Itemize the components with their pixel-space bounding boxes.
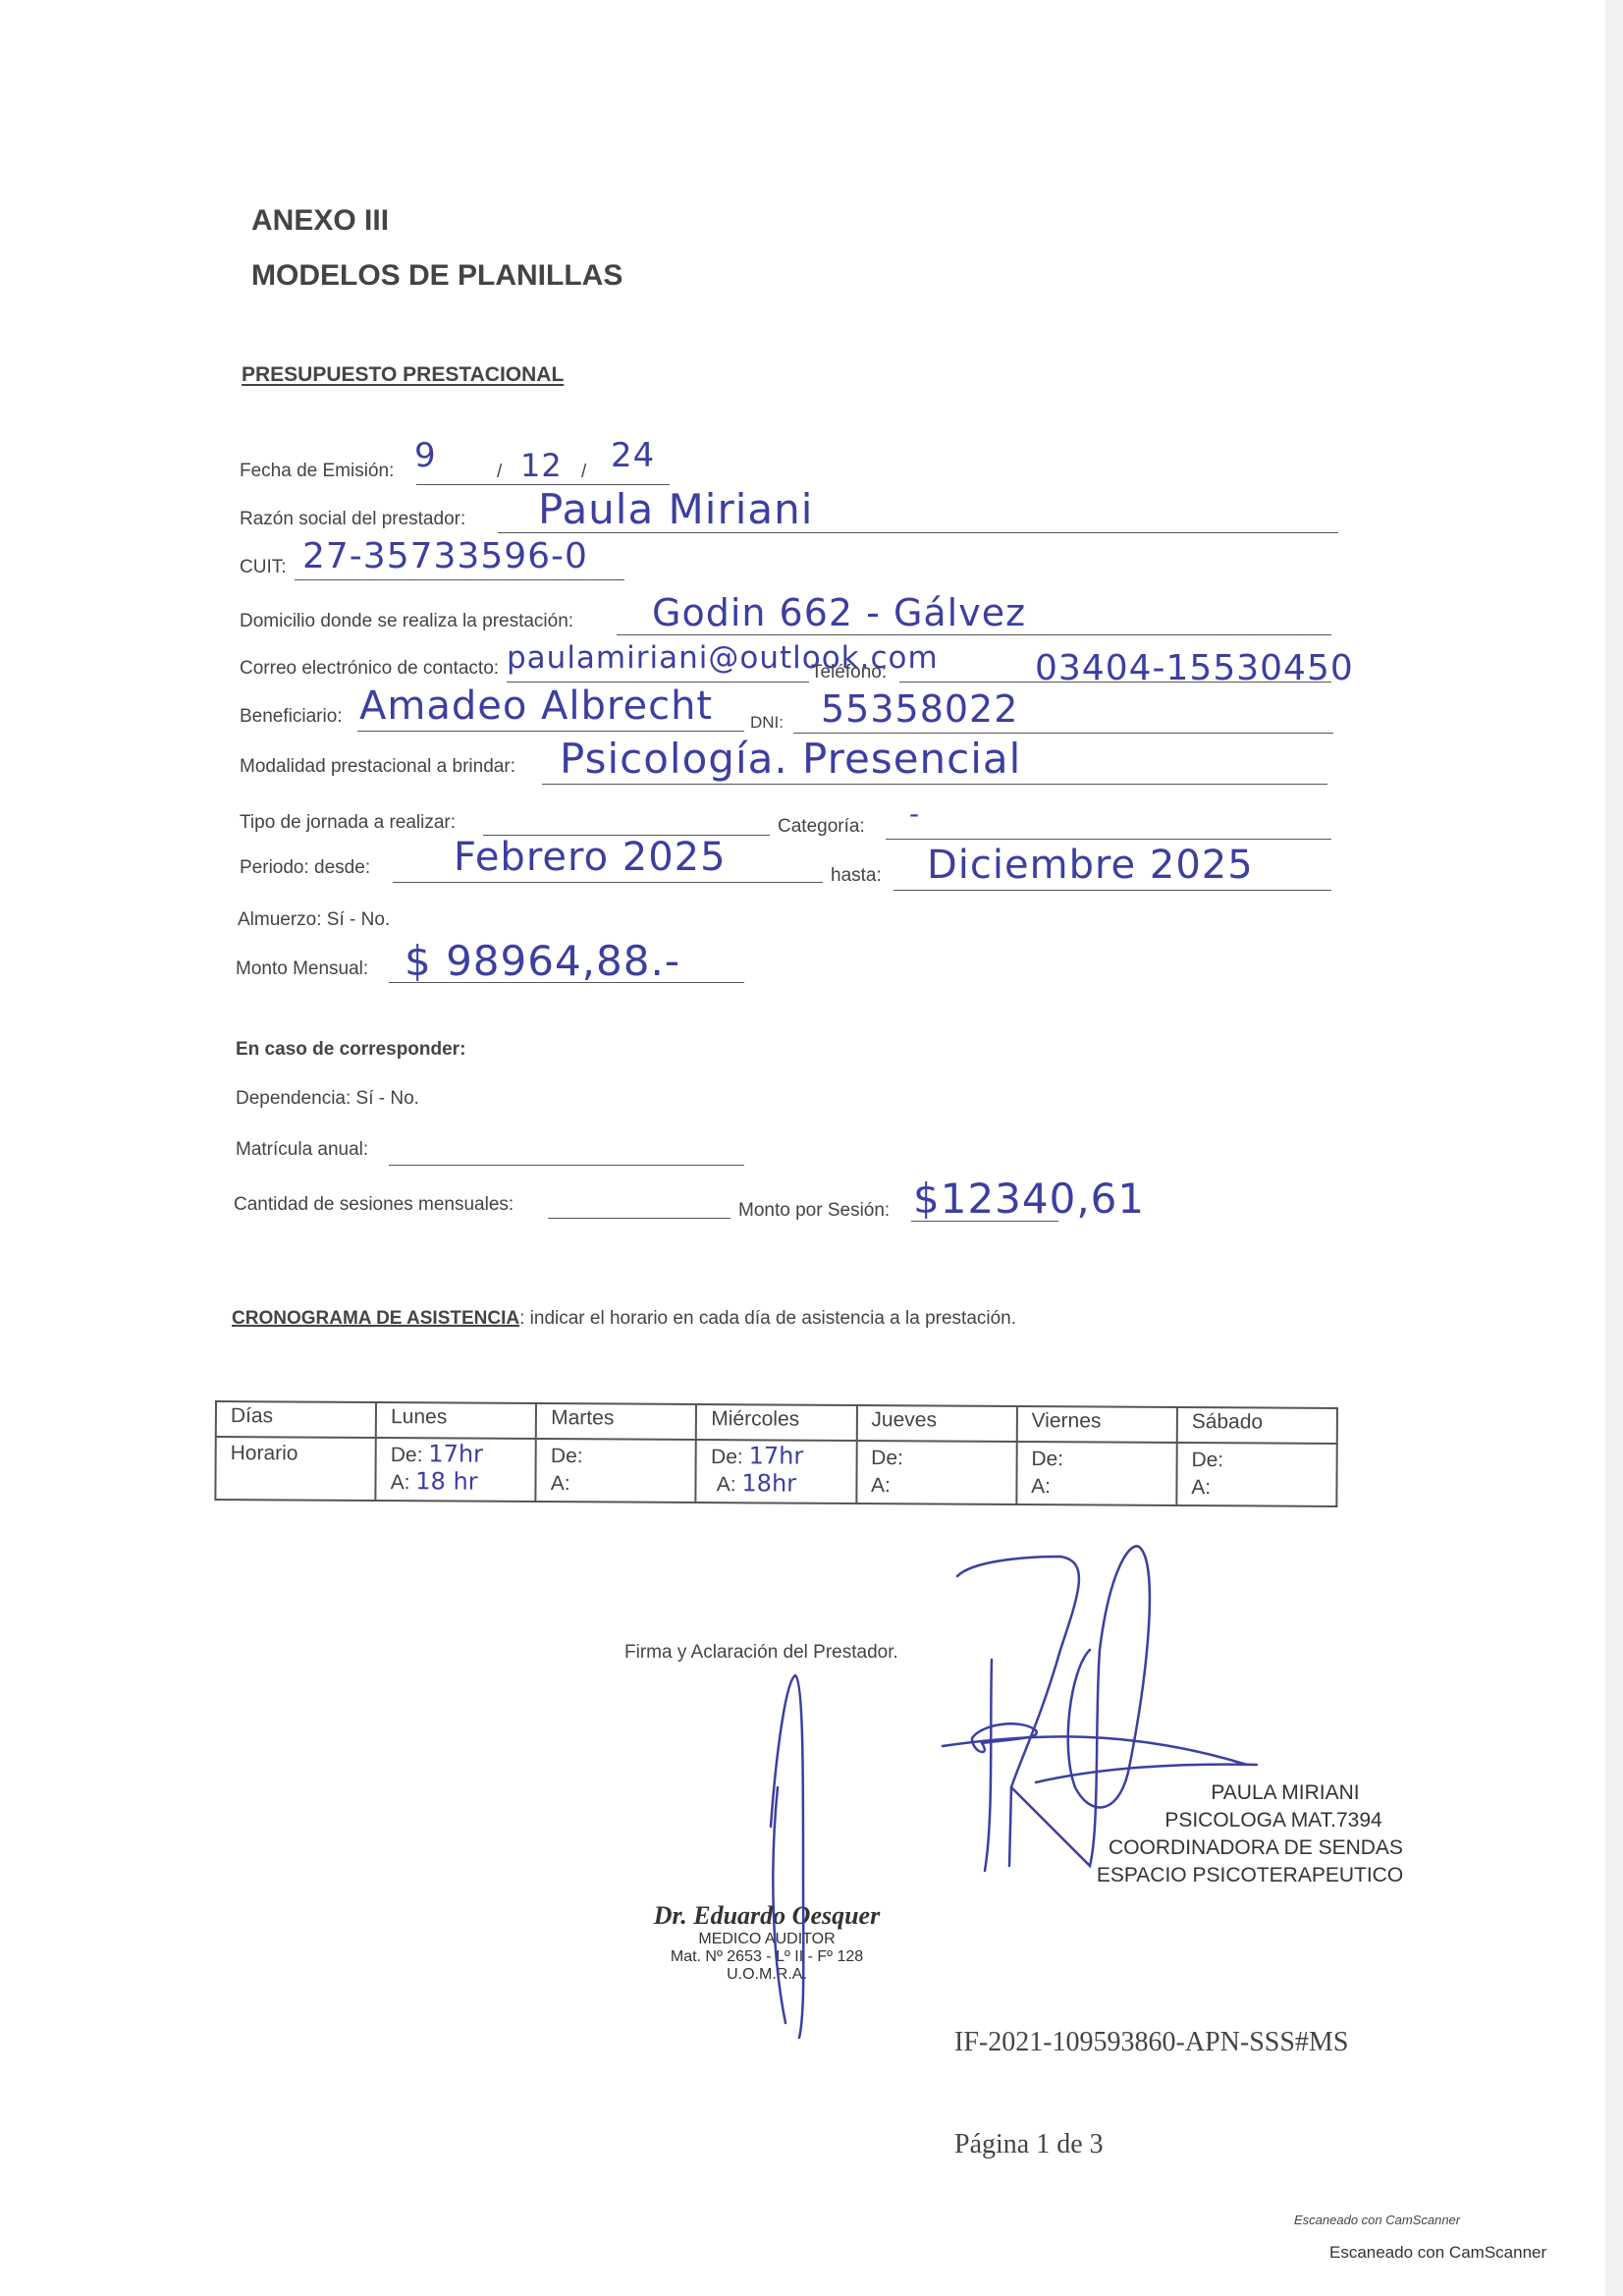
page-number: Página 1 de 3 — [954, 2129, 1104, 2160]
document-id: IF-2021-109593860-APN-SSS#MS — [954, 2027, 1348, 2058]
signature-strokes — [0, 0, 1623, 2296]
camscanner-watermark: Escaneado con CamScanner — [1329, 2243, 1546, 2263]
camscanner-watermark-small: Escaneado con CamScanner — [1294, 2213, 1460, 2227]
